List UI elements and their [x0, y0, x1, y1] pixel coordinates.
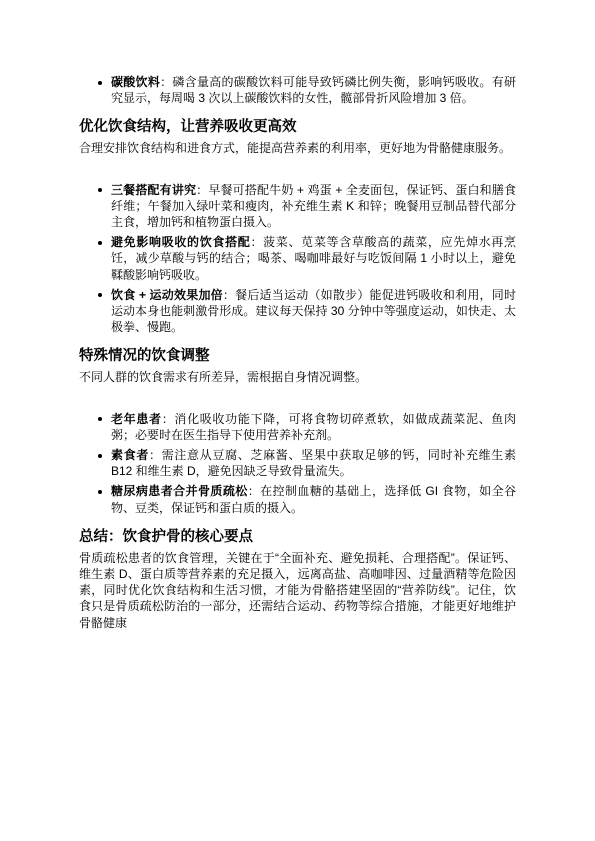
list-item-term: 避免影响吸收的饮食搭配 [111, 235, 250, 249]
list-item-diet-plus-exercise: 饮食 + 运动效果加倍：餐后适当运动（如散步）能促进钙吸收和利用，同时运动本身也… [111, 287, 516, 336]
list-item-three-meals: 三餐搭配有讲究：早餐可搭配牛奶 + 鸡蛋 + 全麦面包，保证钙、蛋白和膳食纤维；… [111, 182, 516, 231]
list-item-term: 三餐搭配有讲究 [111, 183, 196, 197]
section-intro-special-cases: 不同人群的饮食需求有所差异，需根据自身情况调整。 [79, 369, 516, 385]
list-item-term: 糖尿病患者合并骨质疏松 [111, 484, 248, 498]
list-item-term: 老年患者 [111, 412, 162, 426]
list-item-diabetes-osteoporosis: 糖尿病患者合并骨质疏松：在控制血糖的基础上，选择低 GI 食物，如全谷物、豆类，… [111, 483, 516, 515]
list-item-avoid-combinations: 避免影响吸收的饮食搭配：菠菜、苋菜等含草酸高的蔬菜，应先焯水再烹饪，减少草酸与钙… [111, 234, 516, 283]
list-item-term: 素食者 [111, 448, 149, 462]
section-heading-special-cases: 特殊情况的饮食调整 [79, 347, 516, 366]
list-item-term: 碳酸饮料 [111, 75, 160, 89]
list-item-carbonated-drinks: 碳酸饮料：磷含量高的碳酸饮料可能导致钙磷比例失衡，影响钙吸收。有研究显示，每周喝… [111, 74, 516, 106]
list-item-vegetarians: 素食者：需注意从豆腐、芝麻酱、坚果中获取足够的钙，同时补充维生素 B12 和维生… [111, 447, 516, 479]
section-heading-summary: 总结：饮食护骨的核心要点 [79, 528, 516, 547]
list-item-desc: ：磷含量高的碳酸饮料可能导致钙磷比例失衡，影响钙吸收。有研究显示，每周喝 3 次… [111, 75, 516, 105]
section-heading-diet-structure: 优化饮食结构，让营养吸收更高效 [79, 118, 516, 137]
list-item-desc: ：消化吸收功能下降，可将食物切碎煮软，如做成蔬菜泥、鱼肉粥；必要时在医生指导下使… [111, 412, 516, 442]
diet-structure-list: 三餐搭配有讲究：早餐可搭配牛奶 + 鸡蛋 + 全麦面包，保证钙、蛋白和膳食纤维；… [79, 182, 516, 336]
section-intro-diet-structure: 合理安排饮食结构和进食方式，能提高营养素的利用率，更好地为骨骼健康服务。 [79, 140, 516, 156]
special-cases-list: 老年患者：消化吸收功能下降，可将食物切碎煮软，如做成蔬菜泥、鱼肉粥；必要时在医生… [79, 411, 516, 516]
document-page: 碳酸饮料：磷含量高的碳酸饮料可能导致钙磷比例失衡，影响钙吸收。有研究显示，每周喝… [0, 0, 595, 841]
summary-paragraph: 骨质疏松患者的饮食管理，关键在于“全面补充、避免损耗、合理搭配”。保证钙、维生素… [79, 550, 516, 631]
risk-foods-list: 碳酸饮料：磷含量高的碳酸饮料可能导致钙磷比例失衡，影响钙吸收。有研究显示，每周喝… [79, 74, 516, 106]
list-item-desc: ：需注意从豆腐、芝麻酱、坚果中获取足够的钙，同时补充维生素 B12 和维生素 D… [111, 448, 516, 478]
list-item-elderly-patients: 老年患者：消化吸收功能下降，可将食物切碎煮软，如做成蔬菜泥、鱼肉粥；必要时在医生… [111, 411, 516, 443]
list-item-term: 饮食 + 运动效果加倍 [111, 288, 223, 302]
